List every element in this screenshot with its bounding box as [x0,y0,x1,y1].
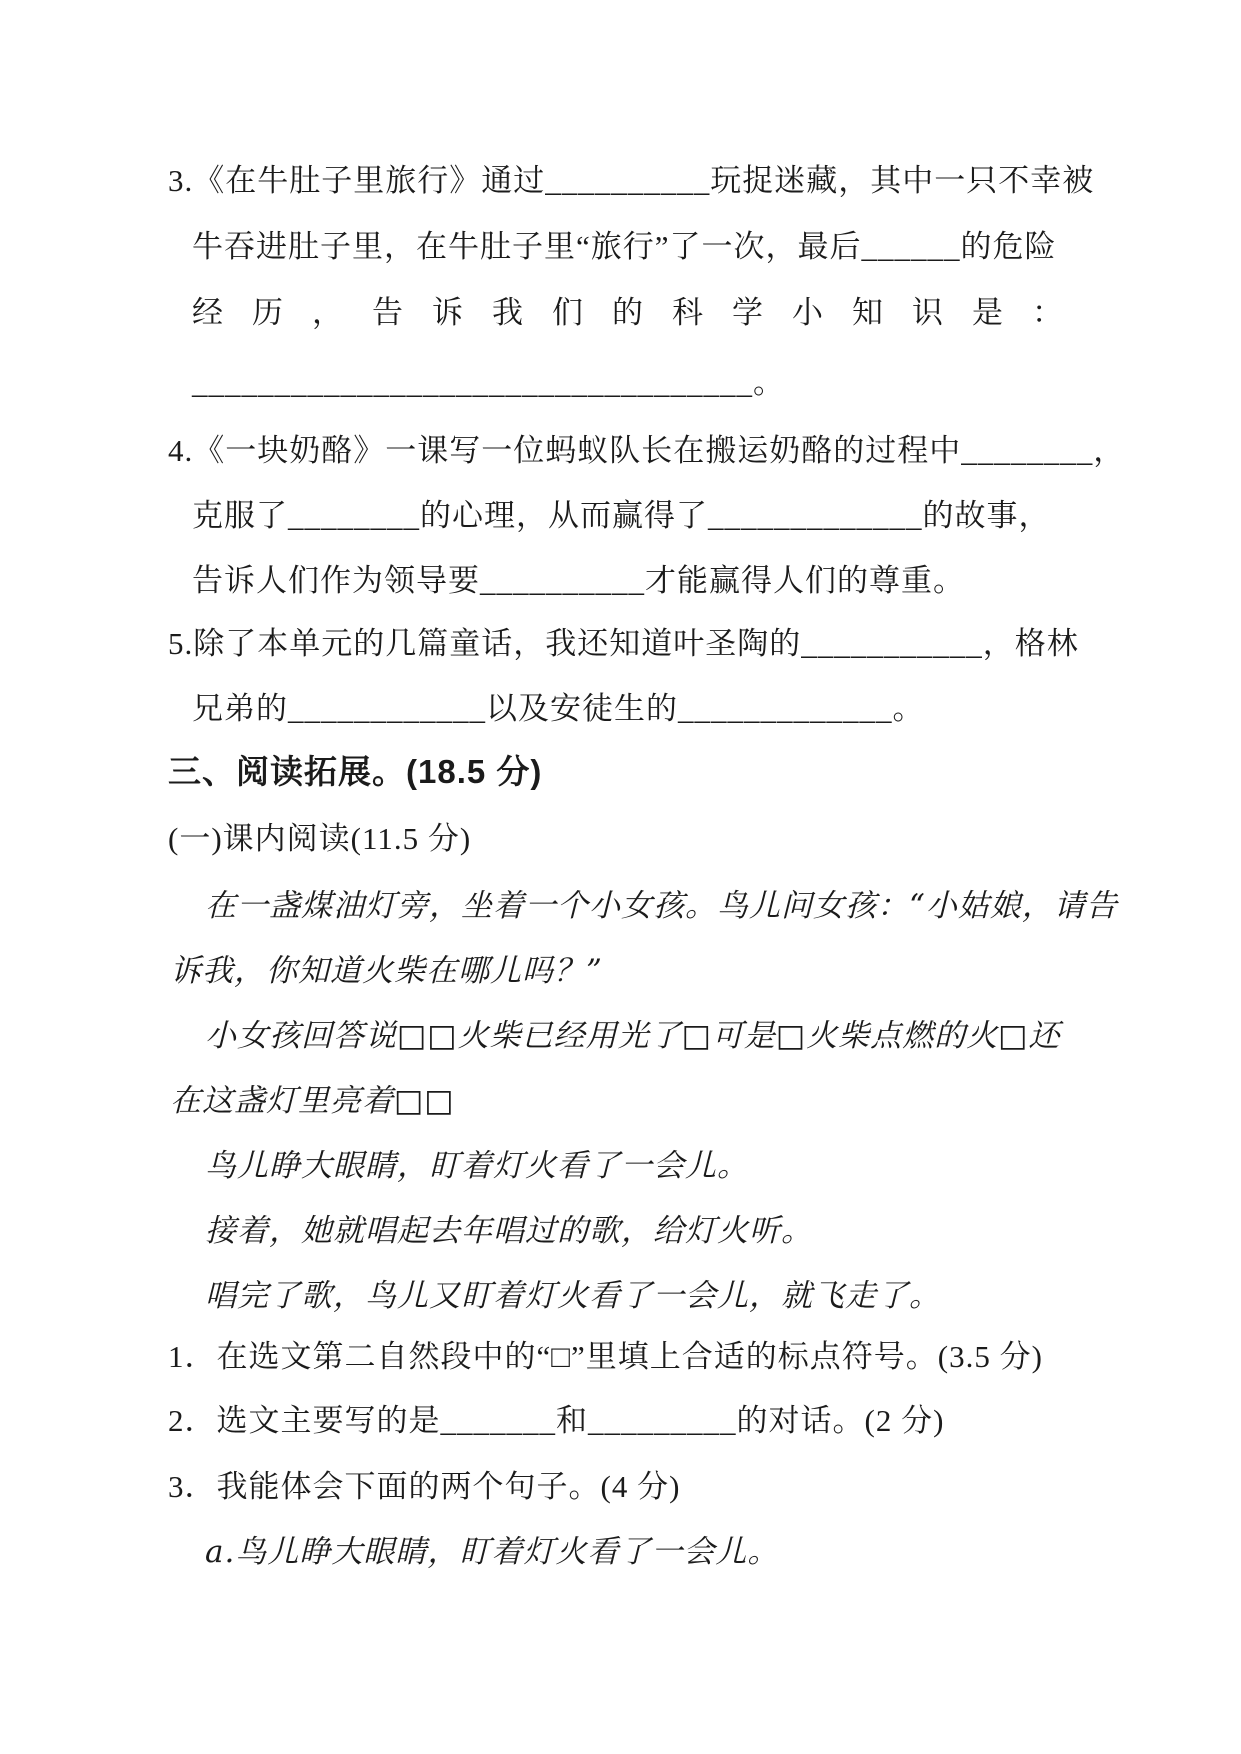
passage-para2-line2: 在这盏灯里亮着□□ [170,1080,455,1122]
exam-page: 3.《在牛肚子里旅行》通过__________玩捉迷藏，其中一只不幸被 牛吞进肚… [0,0,1241,1754]
q3-line2: 牛吞进肚子里，在牛肚子里“旅行”了一次，最后______的危险 [192,226,1057,268]
passage-para4: 接着，她就唱起去年唱过的歌，给灯火听。 [205,1210,813,1252]
reading-q2: 2．选文主要写的是_______和_________的对话。(2 分) [168,1400,944,1442]
q4-line1: 4.《一块奶酪》一课写一位蚂蚁队长在搬运奶酪的过程中________， [168,430,1125,472]
q5-line1: 5.除了本单元的几篇童话，我还知道叶圣陶的___________，格林 [168,623,1079,665]
passage-para3: 鸟儿睁大眼睛，盯着灯火看了一会儿。 [205,1145,749,1187]
q3-line1: 3.《在牛肚子里旅行》通过__________玩捉迷藏，其中一只不幸被 [168,160,1094,202]
q3-line4-blank: __________________________________。 [192,362,785,404]
passage-para1-line1: 在一盏煤油灯旁，坐着一个小女孩。鸟儿问女孩：“小姑娘，请告 [205,885,1118,927]
reading-q3-item-a: a.鸟儿睁大眼睛，盯着灯火看了一会儿。 [205,1531,779,1573]
passage-para5: 唱完了歌，鸟儿又盯着灯火看了一会儿，就飞走了。 [205,1275,941,1317]
reading-q3: 3．我能体会下面的两个句子。(4 分) [168,1466,680,1508]
section3-heading: 三、阅读拓展。(18.5 分) [168,751,542,793]
q4-line2: 克服了________的心理，从而赢得了_____________的故事， [192,495,1051,537]
passage-para1-line2: 诉我，你知道火柴在哪儿吗？” [170,950,603,992]
q5-line2: 兄弟的____________以及安徒生的_____________。 [192,688,925,730]
q4-line3: 告诉人们作为领导要__________才能赢得人们的尊重。 [192,560,965,602]
reading-q1: 1．在选文第二自然段中的“□”里填上合适的标点符号。(3.5 分) [168,1336,1043,1378]
passage-para2-line1: 小女孩回答说□□火柴已经用光了□可是□火柴点燃的火□还 [205,1015,1060,1057]
section3-subheading: (一)课内阅读(11.5 分) [168,818,471,860]
q3-line3: 经历，告诉我们的科学小知识是： [192,292,1092,334]
